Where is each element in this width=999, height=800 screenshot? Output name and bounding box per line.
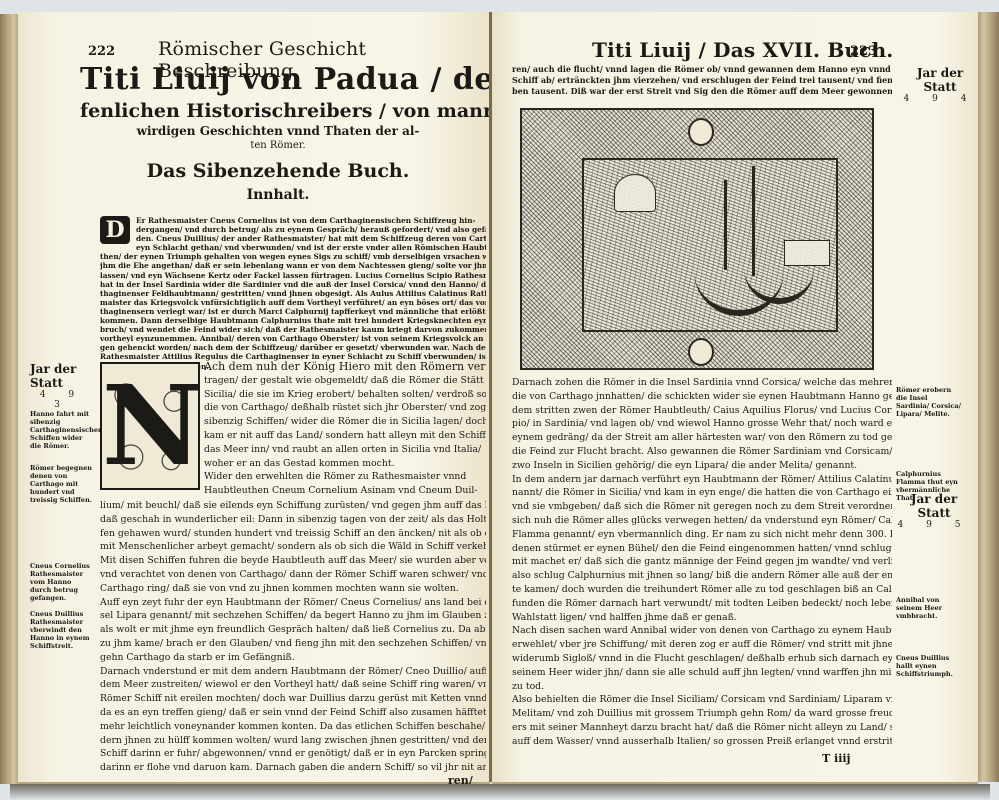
naval-battle-scene [582,158,838,332]
body-line: Schiff darinn er fuhr/ abgewonnen/ vnnd … [100,747,486,761]
body-line: Auff eyn zeyt fuhr der eyn Haubtmann der… [100,596,486,610]
body-line: Sicilia/ die sie im Krieg erobert/ behal… [204,388,486,402]
body-line: Flamma genannt/ eyn vbermannlich ding. E… [512,528,892,542]
page-number: 223 [850,44,877,59]
summary-line: eyn Schlacht gethan/ vnd vberwunden/ vnd… [100,243,486,252]
body-line: sibenzig Schiffen/ wider die Römer die i… [204,415,486,429]
body-line: die von Carthago/ deßhalb rüstet sich jh… [204,401,486,415]
contents-heading: Innhalt. [128,187,428,203]
body-line: Darnach vnderstund er mit dem andern Hau… [100,665,486,679]
body-line: mehr leichtlich voneynander kommen konte… [100,720,486,734]
body-text-beside-initial: Ach dem nuh der König Hiero mit den Röme… [204,360,486,498]
body-line: seinem Heer wider jhn/ dann sie alle sch… [512,666,892,680]
body-line: Mit disen Schiffen fuhren die beyde Haub… [100,554,486,568]
book-heading: Das Sibenzehende Buch. [128,160,428,182]
summary-line: bruch/ vnd wendet die Feind wider sich/ … [100,325,486,334]
body-line: tragen/ der gestalt wie obgemeldt/ daß d… [204,374,486,388]
margin-note: Römer begegnen denen von Carthago mit hu… [30,464,92,504]
running-head: Titi Liuij / Das XVII. Buch. [592,38,893,62]
title-line-3: wirdigen Geschichten vnnd Thaten der al- [128,124,428,138]
margin-note: Cneus Duillius Rathesmaister vberwindt d… [30,610,92,650]
body-line: als wolt er mit jhme eyn freundlich Gesp… [100,623,486,637]
body-line: mit machet er/ daß sich die gantz männig… [512,555,892,569]
signature-mark: T iiij [822,752,851,765]
margin-note-year-495: Jar der Statt 4 9 5 [896,492,972,530]
margin-note: Cneus Cornelius Rathesmaister vom Hanno … [30,562,92,602]
grotesque-mask-top [688,118,714,146]
body-line: Darnach zohen die Römer in die Insel Sar… [512,376,892,390]
body-line: Ach dem nuh der König Hiero mit den Röme… [204,360,486,374]
book-shadow [10,784,990,800]
decorated-initial-n: N [100,362,200,490]
mast [724,180,727,270]
body-line: gehn Carthago da starb er im Gefängniß. [100,651,486,665]
body-line: die Feind zur Flucht bracht. Also gewann… [512,445,892,459]
body-line: ers mit seiner Mannheyt darzu bracht hat… [512,721,892,735]
summary-line: den. Cneus Duillius/ der ander Rathesmai… [100,234,486,243]
body-line: Nach disen sachen ward Annibal wider von… [512,624,892,638]
body-line: funden die Römer darnach hart verwundt/ … [512,597,892,611]
body-line: sel Lipara genannt/ mit sechzehen Schiff… [100,609,486,623]
grotesque-mask-bottom [688,338,714,366]
body-line: Wider den erwehlten die Römer zu Rathesm… [204,470,486,484]
body-text: Darnach zohen die Römer in die Insel Sar… [512,376,892,749]
sail [614,174,656,212]
body-line: zu tod. [512,680,892,694]
body-line: widerumb Sigloß/ vnnd in die Flucht gesc… [512,652,892,666]
summary-line: maister das Kriegsvolck vnfürsichtiglich… [100,298,486,307]
body-line: mit Menschenlicher arbeyt gemacht/ sonde… [100,540,486,554]
summary-line: then/ der eynen Triumph gehalten von weg… [100,252,486,261]
body-line: nannt/ die Römer in Sicilia/ vnd kam in … [512,486,892,500]
body-line: also schlug Calphurnius mit jhnen so lan… [512,569,892,583]
body-line: das Meer inn/ vnd raubt an allen orten i… [204,443,486,457]
body-line: Römer Schiff nit ereilen mochten/ doch w… [100,692,486,706]
title-line-4: ten Römer. [128,140,428,151]
margin-note-year-494: Jar der Statt 4 9 4 [900,66,980,104]
body-line: ben tausent. Diß war der erst Streit vnd… [512,86,892,97]
summary-line: thaginensern verlegt war/ ist er durch M… [100,307,486,316]
summary-line: Er Rathesmaister Cneus Cornelius ist von… [100,216,486,225]
summary-line: vortheyl eynzunemmen. Annibal/ deren von… [100,334,486,343]
body-line: denen stürmet er eynen Bühel/ den die Fe… [512,542,892,556]
summary-line: hat in der Insel Sardinia wider die Sard… [100,280,486,289]
body-line: Also behielten die Römer die Insel Sicil… [512,693,892,707]
body-line: auff dem Wasser/ vnnd ausserhalb Italien… [512,735,892,749]
summary-line: kommen. Dann derselbige Haubtmann Calphu… [100,316,486,325]
body-line: Wahlstatt ligen/ vnd halffen jhme daß er… [512,611,892,625]
margin-note: Annibal von seinem Heer vmbbracht. [896,596,962,620]
woodcut-illustration [520,108,874,370]
summary-line: dergangen/ vnd durch betrug/ als zu eyne… [100,225,486,234]
body-line: Melitam/ vnd zoh Duillius mit grossem Tr… [512,707,892,721]
summary-line: gen gehenckt worden/ nach dem der Schiff… [100,343,486,352]
body-line: dern jhnen zu hülff kommen wolten/ wurd … [100,734,486,748]
body-line: te kamen/ doch wurden die treihundert Rö… [512,583,892,597]
body-line: darinn er flohe vnd daruon kam. Darnach … [100,761,486,775]
body-line: ren/ auch die flucht/ vnnd lagen die Röm… [512,64,892,75]
body-line: pio/ in Sardinia/ vnd lagen ob/ vnd wiew… [512,417,892,431]
body-line: sich nuh die Römer alles glücks verwegen… [512,514,892,528]
contents-summary: Er Rathesmaister Cneus Cornelius ist von… [100,216,486,371]
body-text: lium/ mit beuchl/ daß sie eilends eyn Sc… [100,499,486,775]
body-line: Haubtleuthen Cneum Cornelium Asinam vnd … [204,484,486,498]
summary-line: thaginenser Feldhaubtmann/ gestritten/ v… [100,289,486,298]
left-page: 222 Römischer Geschicht Beschreibung Tit… [18,12,490,785]
body-line: zu jhm kame/ brach er den Glauben/ vnd f… [100,637,486,651]
title-line-1: Titi Liuij von Padua / des fürtref- [80,62,480,97]
body-line: kam er nit auff das Land/ sondern hatt a… [204,429,486,443]
body-line: dem Meer zustreiten/ wiewol er den Vorth… [100,678,486,692]
margin-note: Cneus Duillius hallt eynen Schiffstriump… [896,654,962,678]
body-line: eynem gedräng/ da der Streit am aller hä… [512,431,892,445]
body-line: vnd verachtet von denen von Carthago/ da… [100,568,486,582]
top-text: ren/ auch die flucht/ vnnd lagen die Röm… [512,64,892,97]
body-line: vnd sie vmbgeben/ daß sich die Römer nit… [512,500,892,514]
margin-note: Römer erobern die Insel Sardinia/ Corsic… [896,386,962,418]
summary-line: jhm die Ehe angethan/ daß er sein lebenl… [100,261,486,270]
body-line: Carthago ring/ daß sie von vnd zu jhnen … [100,582,486,596]
body-line: die von Carthago jnnhatten/ die schickte… [512,390,892,404]
body-line: zwo Inseln in Sicilien gehörig/ die eyn … [512,459,892,473]
right-page: Titi Liuij / Das XVII. Buch. 223 ren/ au… [492,12,978,785]
body-line: fen gehawen wurd/ stunden hundert vnd tr… [100,527,486,541]
body-line: woher er an das Gestad kommen mocht. [204,457,486,471]
body-line: Schiff ab/ ertränckten jhm vierzehen/ vn… [512,75,892,86]
body-line: lium/ mit beuchl/ daß sie eilends eyn Sc… [100,499,486,513]
right-page-edges [976,12,999,782]
body-line: da es an eyn treffen gieng/ daß er sein … [100,706,486,720]
title-line-2: fenlichen Historischreibers / von mannig… [80,100,480,122]
body-line: erwehlet/ vber jre Schiffung/ mit deren … [512,638,892,652]
body-line: In dem andern jar darnach verführt eyn H… [512,473,892,487]
open-book-scan: 222 Römischer Geschicht Beschreibung Tit… [0,0,999,800]
body-line: dem stritten zwen der Römer Haubtleuth/ … [512,404,892,418]
page-number: 222 [88,44,115,59]
margin-note-year-493: Jar der Statt 4 9 3 Hanno fahrt mit sibe… [30,362,94,450]
body-line: daß geschah in wunderlicher eil: Dann in… [100,513,486,527]
summary-line: lassen/ vnd eyn Wächsene Kertz oder Fack… [100,271,486,280]
